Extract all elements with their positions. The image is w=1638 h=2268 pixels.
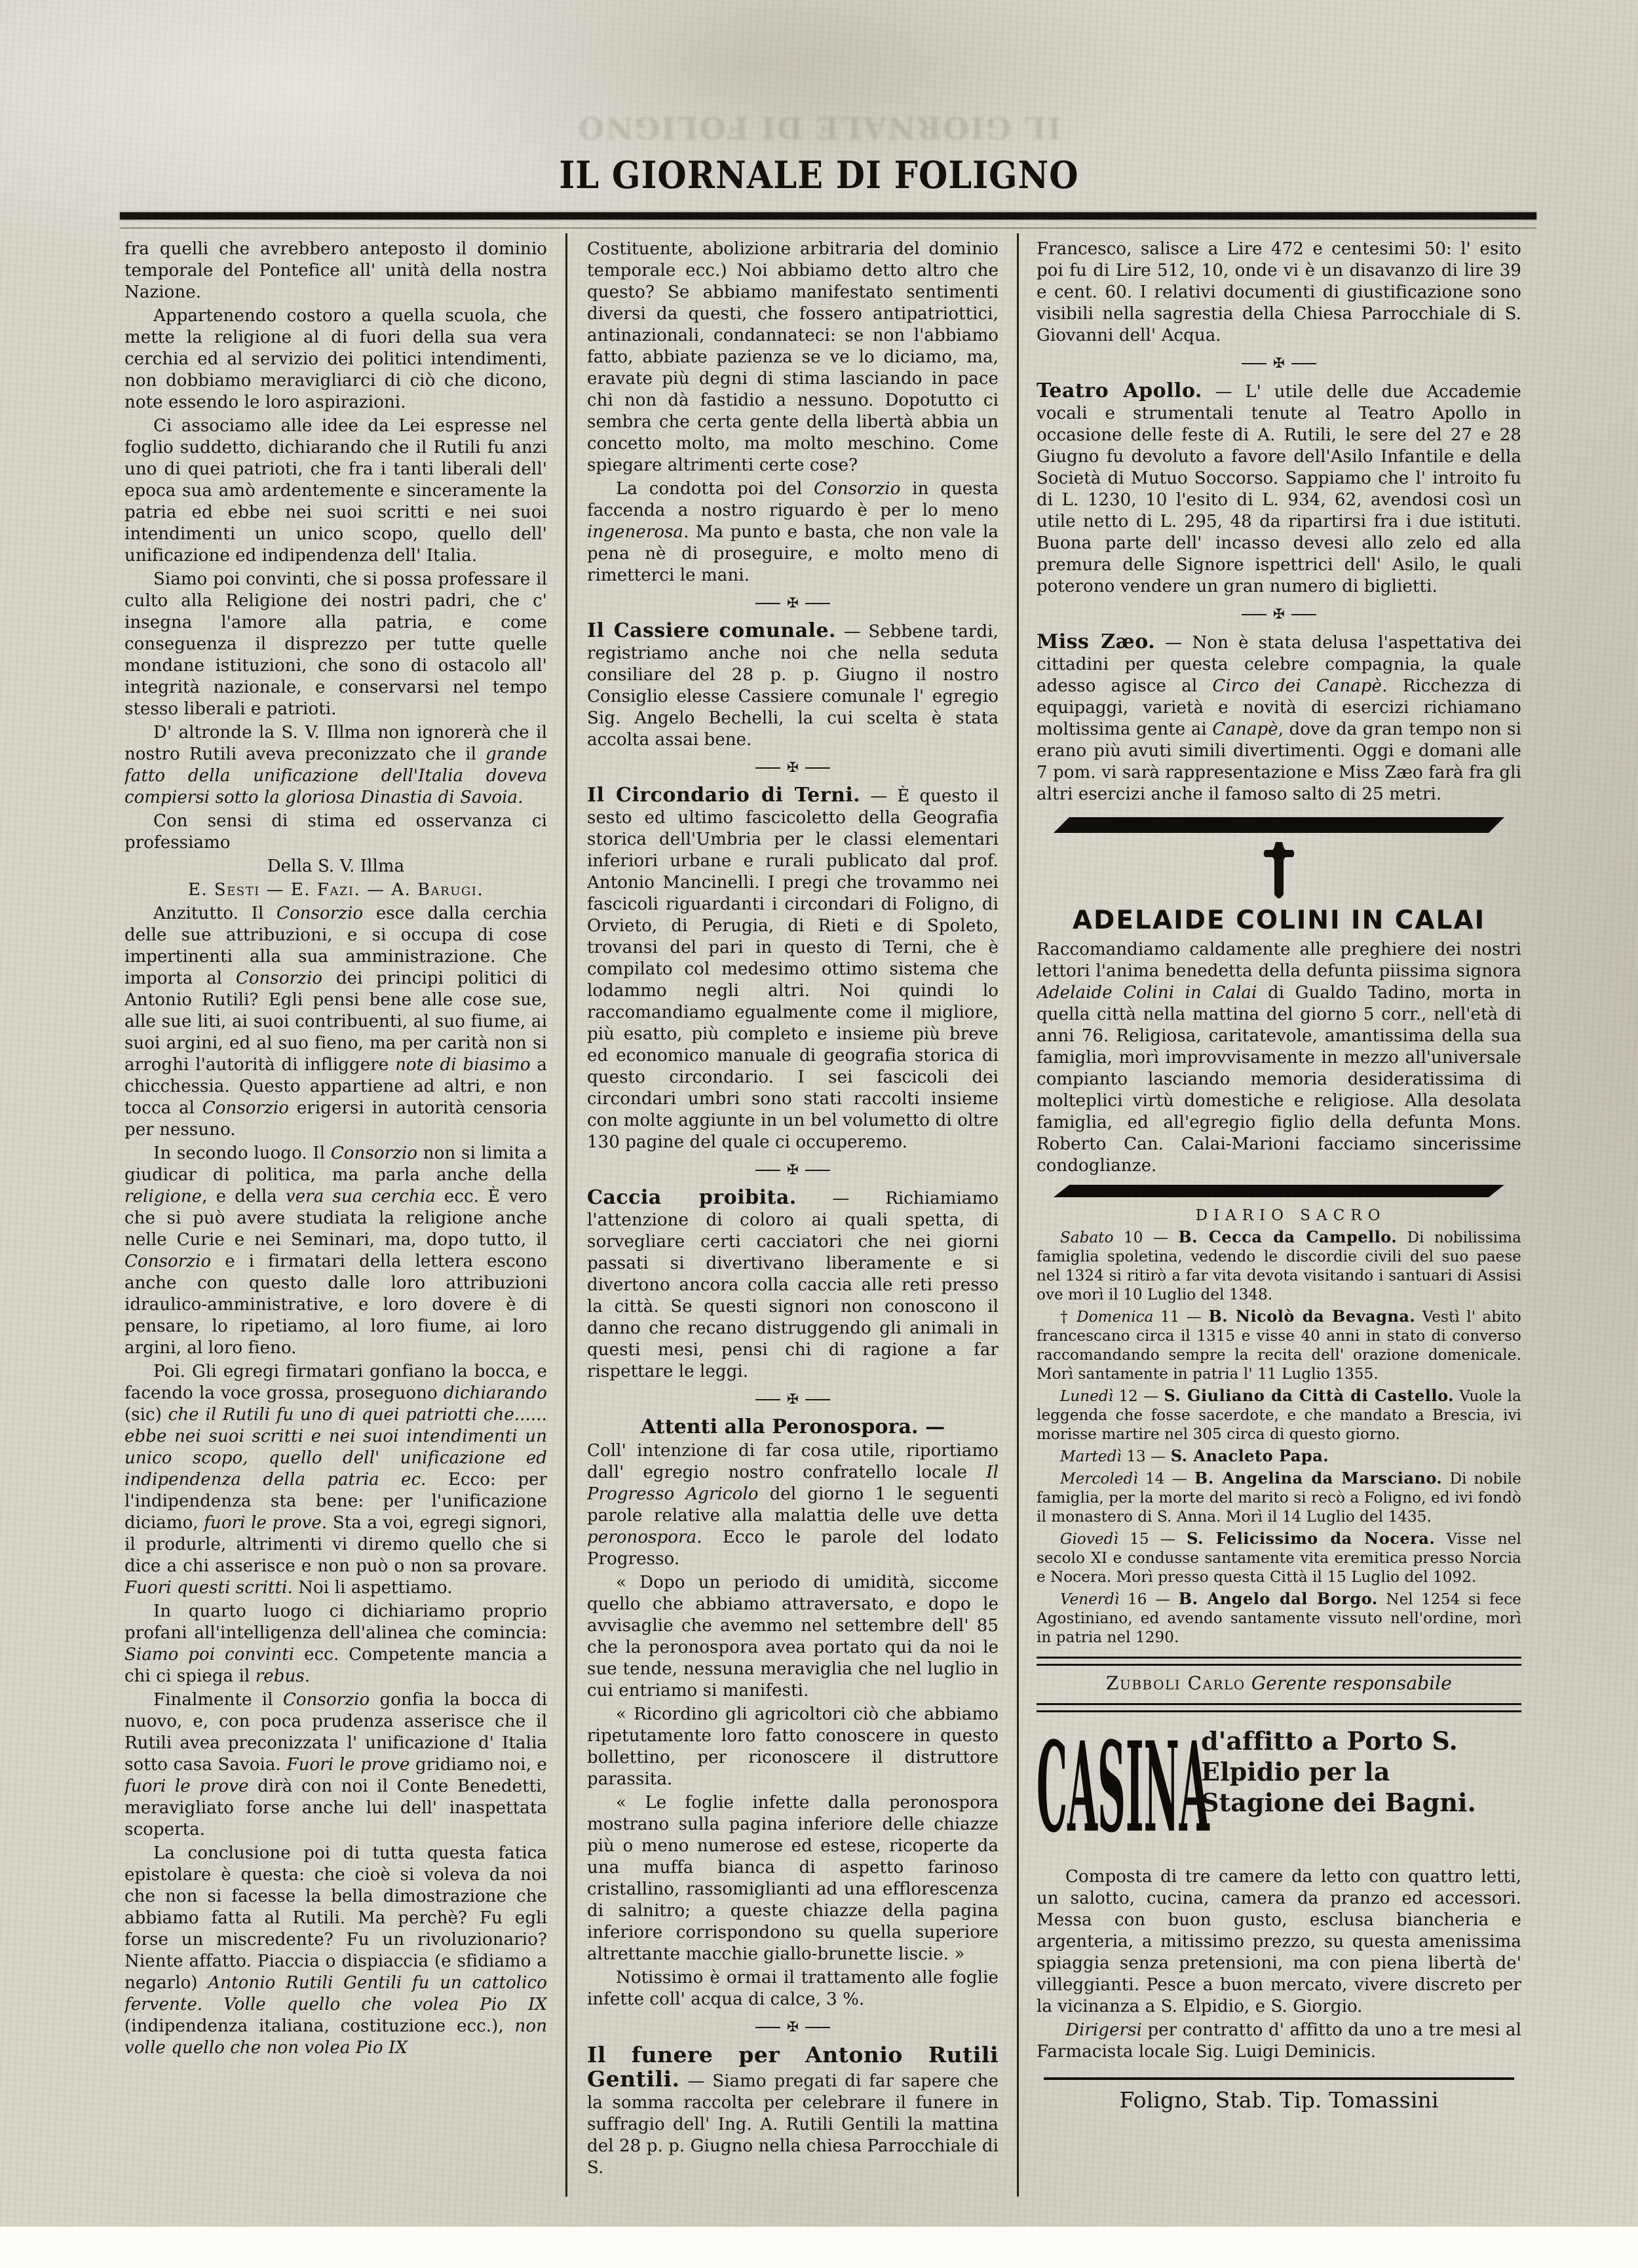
gerente-name: Zubboli Carlo [1106,1672,1246,1694]
gerente-line: Zubboli Carlo Gerente responsabile [1037,1672,1521,1694]
obituary-cross [1037,842,1521,904]
ornament-line [755,2027,780,2028]
gerente-rule-bottom [1037,1703,1521,1712]
ad-headline: d'affitto a Porto S. Elpidio per la Stag… [1201,1725,1521,1818]
entry-day: Martedì 13 — [1060,1448,1171,1465]
article-cassiere-comunale: Il Cassiere comunale. — Sebbene tardi, r… [587,620,999,751]
entry-day: † Domenica 11 — [1060,1309,1208,1326]
ornament-line [755,603,780,604]
diario-entry: Lunedì 12 — S. Giuliano da Città di Cast… [1037,1386,1521,1444]
printer-imprint: Foligno, Stab. Tip. Tomassini [1037,2089,1521,2111]
cross-icon [1262,842,1296,898]
entry-saint: B. Angelo dal Borgo. [1179,1589,1378,1608]
cross-ornament-icon: ✠ [787,2020,799,2034]
casina-advertisement: CASINA d'affitto a Porto S. Elpidio per … [1037,1725,1521,1860]
paragraph: In secondo luogo. Il Consorzio non si li… [124,1143,547,1359]
obituary-body: Raccomandiamo caldamente alle preghiere … [1037,939,1521,1177]
ad-body: Composta di tre camere da letto con quat… [1037,1866,1521,2063]
cross-ornament-icon: ✠ [1273,607,1285,621]
article-teatro-apollo: Teatro Apollo. — L' utile delle due Acca… [1037,380,1521,598]
entry-day: Lunedì 12 — [1060,1388,1164,1405]
ornament-line [755,1399,780,1400]
ornament-line [805,1399,830,1400]
diario-entry: Venerdì 16 — B. Angelo dal Borgo. Nel 12… [1037,1589,1521,1647]
masthead-rule [120,212,1536,220]
column-2: Costituente, abolizione arbitraria del d… [587,239,999,2201]
cross-ornament-icon: ✠ [787,1163,799,1177]
paragraph: « Dopo un periodo di umidità, siccome qu… [587,1572,999,1702]
entry-day: Mercoledì 14 — [1060,1470,1194,1488]
diario-entry: Martedì 13 — S. Anacleto Papa. [1037,1446,1521,1467]
article-title: Il Cassiere comunale. [587,619,836,642]
letter-signatures: E. Sesti — E. Fazi. — A. Barugi. [124,879,547,901]
ornament-line [755,767,780,769]
ad-display-word: CASINA [1037,1725,1209,1849]
ornament-line [1242,614,1267,615]
obituary-article: ADELAIDE COLINI IN CALAI Raccomandiamo c… [1037,910,1521,1177]
entry-saint: S. Anacleto Papa. [1171,1446,1329,1465]
article-caccia-proibita: Caccia proibita. — Richiamiamo l'attenzi… [587,1187,999,1383]
cross-ornament-icon: ✠ [787,761,799,775]
paragraph: Con sensi di stima ed osservanza ci prof… [124,811,547,854]
paragraph: « Ricordino gli agricoltori ciò che abbi… [587,1704,999,1790]
column-3: Francesco, salisce a Lire 472 e centesim… [1037,239,1521,2212]
ornament-line [1291,363,1316,364]
column-divider-1 [565,233,567,2197]
article-miss-zaeo: Miss Zæo. — Non è stata delusa l'aspetta… [1037,631,1521,805]
ad-display-word-wrap: CASINA [1037,1725,1184,1860]
article-body: — Non è stata delusa l'aspettativa dei c… [1037,633,1521,804]
paragraph: Costituente, abolizione arbitraria del d… [587,239,999,476]
paragraph: La condotta poi del Consorzio in questa … [587,478,999,586]
paragraph: Coll' intenzione di far cosa utile, ripo… [587,1440,999,1570]
diario-entry: † Domenica 11 — B. Nicolò da Bevagna. Ve… [1037,1307,1521,1384]
paragraph: D' altronde la S. V. Illma non ignorerà … [124,722,547,809]
ornament-line [1291,614,1316,615]
paragraph: Siamo poi convinti, che si possa profess… [124,569,547,720]
article-body: — È questo il sesto ed ultimo fascicolet… [587,786,999,1152]
diario-entry: Sabato 10 — B. Cecca da Campello. Di nob… [1037,1227,1521,1305]
column-1: fra quelli che avrebbero anteposto il do… [124,239,547,2201]
bleedthrough-masthead: IL GIORNALE DI FOLIGNO [0,110,1638,145]
article-title: Caccia proibita. [587,1186,797,1209]
entry-day: Sabato 10 — [1060,1229,1178,1246]
paragraph: La conclusione poi di tutta questa fatic… [124,1843,547,2059]
entry-saint: B. Cecca da Campello. [1178,1227,1397,1246]
article-title-peronospora: Attenti alla Peronospora. — [587,1416,999,1438]
paragraph: Finalmente il Consorzio gonfia la bocca … [124,1689,547,1841]
section-divider-ornament: ✠ [587,1393,999,1406]
ornament-line [805,767,830,769]
paragraph: Poi. Gli egregi firmatari gonfiano la bo… [124,1361,547,1599]
cross-ornament-icon: ✠ [1273,356,1285,370]
paragraph: fra quelli che avrebbero anteposto il do… [124,239,547,303]
cross-ornament-icon: ✠ [787,1393,799,1406]
diario-sacro-title: DIARIO SACRO [1037,1206,1521,1225]
article-title: Teatro Apollo. [1037,379,1202,402]
masthead-subrule [120,227,1536,229]
ornament-line [805,603,830,604]
section-divider-ornament: ✠ [587,761,999,775]
paragraph: Anzitutto. Il Consorzio esce dalla cerch… [124,903,547,1141]
paragraph: Composta di tre camere da letto con quat… [1037,1866,1521,2018]
paragraph: Ci associamo alle idee da Lei espresse n… [124,415,547,567]
article-title: Miss Zæo. [1037,630,1155,653]
article-circondario-terni: Il Circondario di Terni. — È questo il s… [587,784,999,1153]
article-funere-rutili: Il funere per Antonio Rutili Gentili. — … [587,2044,999,2179]
diario-separator-bar [1054,1185,1504,1197]
section-divider-ornament: ✠ [1037,356,1521,370]
section-divider-ornament: ✠ [587,2020,999,2034]
column-divider-2 [1017,233,1019,2197]
entry-saint: B. Nicolò da Bevagna. [1208,1307,1415,1326]
entry-saint: S. Felicissimo da Nocera. [1187,1529,1435,1548]
ornament-line [805,2027,830,2028]
diario-sacro-section: DIARIO SACRO Sabato 10 — B. Cecca da Cam… [1037,1206,1521,1647]
obituary-separator-bar [1054,817,1504,833]
paragraph: Notissimo è ormai il trattamento alle fo… [587,1967,999,2010]
letter-salutation: Della S. V. Illma [124,856,547,877]
entry-saint: B. Angelina da Marsciano. [1194,1469,1442,1488]
diario-entry: Mercoledì 14 — B. Angelina da Marsciano.… [1037,1469,1521,1527]
article-title: Il Circondario di Terni. [587,784,860,807]
obituary-title: ADELAIDE COLINI IN CALAI [1037,910,1521,931]
ornament-line [1242,363,1267,364]
gerente-rule-top [1037,1657,1521,1666]
article-body: — L' utile delle due Accademie vocali e … [1037,382,1521,596]
paragraph: « Le foglie infette dalla peronospora mo… [587,1792,999,1965]
article-body: — Richiamiamo l'attenzione di coloro ai … [587,1189,999,1381]
gerente-role: Gerente responsabile [1251,1672,1452,1694]
section-divider-ornament: ✠ [587,1163,999,1177]
paragraph-continuation: Francesco, salisce a Lire 472 e centesim… [1037,239,1521,347]
imprint-rule [1044,2077,1514,2080]
section-divider-ornament: ✠ [1037,607,1521,621]
cross-ornament-icon: ✠ [787,596,799,610]
section-divider-ornament: ✠ [587,596,999,610]
ornament-line [755,1170,780,1171]
paragraph: Appartenendo costoro a quella scuola, ch… [124,305,547,413]
entry-day: Giovedì 15 — [1060,1531,1187,1548]
paragraph: Dirigersi per contratto d' affitto da un… [1037,2020,1521,2063]
masthead-title: IL GIORNALE DI FOLIGNO [0,153,1638,197]
ornament-line [805,1170,830,1171]
entry-day: Venerdì 16 — [1060,1591,1179,1608]
paragraph: In quarto luogo ci dichiariamo proprio p… [124,1601,547,1687]
diario-entry: Giovedì 15 — S. Felicissimo da Nocera. V… [1037,1529,1521,1587]
entry-saint: S. Giuliano da Città di Castello. [1164,1386,1454,1405]
